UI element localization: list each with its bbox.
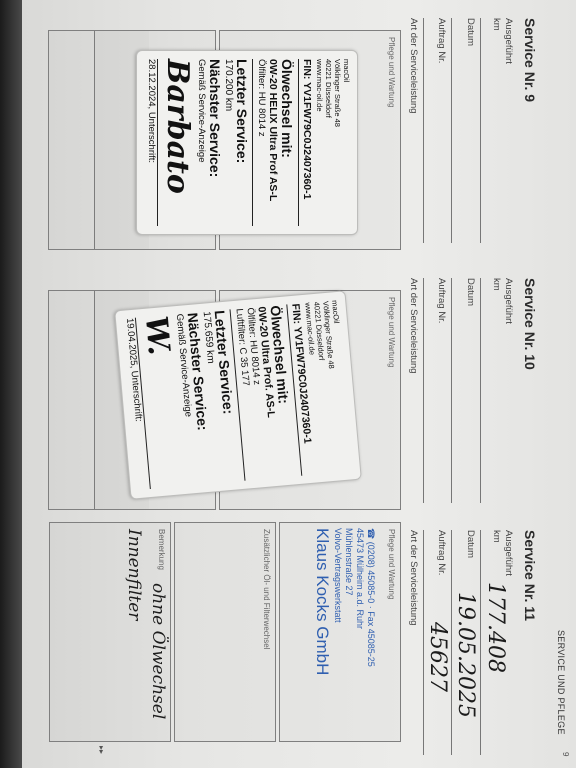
stamp-phone: ☎ (0208) 45085-0 · Fax 45085-25 — [365, 528, 376, 728]
handwritten-km: 177.408 — [483, 582, 508, 673]
stamp-name: Klaus Kocks GmbH — [312, 528, 332, 728]
sticker-city: 40221 Düsseldorf — [324, 59, 333, 226]
extra-box: Zusätzlicher Öl- und Filterwechsel — [174, 522, 276, 742]
remark-box: Bemerkung ohne Ölwechsel Innenfilter — [49, 522, 171, 742]
date-line — [451, 278, 452, 503]
date-line — [451, 18, 452, 243]
label-order-no: Auftrag Nr. — [436, 18, 447, 63]
sticker-last-km: 170.200 km — [223, 59, 234, 226]
sticker-next-heading: Nächster Service: — [207, 59, 223, 226]
sticker-oil: 0W-20 HELIX Ultra Prof AS-L — [267, 59, 279, 226]
km-line — [480, 530, 481, 755]
care-label: Pflege und Wartung — [387, 37, 396, 107]
order-line — [423, 278, 424, 503]
km-line — [480, 18, 481, 243]
stamp-street: Mühlenstraße 27 — [343, 528, 354, 728]
sticker-fin: FIN: YV1FW79C0J2407360-1 — [298, 59, 313, 226]
label-date: Datum — [465, 18, 476, 46]
sticker-last-heading: Letzter Service: — [234, 59, 253, 226]
label-order-no: Auftrag Nr. — [436, 530, 447, 575]
handwritten-date: 19.05.2025 — [453, 592, 478, 718]
stamp-city: 45473 Mülheim a.d. Ruhr — [354, 528, 365, 728]
remark-label: Bemerkung — [157, 529, 166, 570]
label-km: km — [491, 530, 502, 543]
sticker-oil-heading: Ölwechsel mit: — [279, 59, 295, 226]
label-km: km — [491, 18, 502, 31]
handwritten-remark-1: ohne Ölwechsel — [148, 583, 168, 719]
sticker-company: macOil — [342, 59, 351, 226]
sticker-oil-filter: Ölfilter: HU 8014 z — [256, 59, 267, 226]
order-line — [423, 530, 424, 755]
km-line — [480, 278, 481, 503]
label-executed: Ausgeführt — [503, 18, 514, 64]
handwritten-remark-2: Innenfilter — [124, 529, 144, 620]
date-line — [451, 530, 452, 755]
label-executed: Ausgeführt — [503, 530, 514, 576]
label-km: km — [491, 278, 502, 291]
rotated-sheet: SERVICE UND PFLEGE 9 ▸▸ Service Nr. 9 Au… — [22, 0, 576, 768]
label-date: Datum — [465, 530, 476, 558]
service-sticker: macOil Völklinger Straße 48 40221 Düssel… — [136, 50, 358, 235]
service-column-11: Service Nr. 11 Ausgeführt km 177.408 Dat… — [22, 512, 576, 762]
order-line — [423, 18, 424, 243]
care-label: Pflege und Wartung — [387, 529, 396, 599]
remark-box — [48, 30, 149, 250]
label-date: Datum — [465, 278, 476, 306]
sticker-street: Völklinger Straße 48 — [333, 59, 342, 226]
service-sticker: macOil Völklinger Straße 48 40221 Düssel… — [114, 290, 362, 499]
table-surface — [0, 0, 22, 768]
sticker-web: www.mac-oil.de — [315, 59, 324, 226]
care-label: Pflege und Wartung — [387, 297, 396, 367]
service-column-9: Service Nr. 9 Ausgeführt km Datum Auftra… — [22, 0, 576, 250]
label-order-no: Auftrag Nr. — [436, 278, 447, 323]
workshop-stamp: ☎ (0208) 45085-0 · Fax 45085-25 45473 Mü… — [312, 528, 376, 728]
stamp-type: Volvo-Vertragswerkstatt — [332, 528, 343, 728]
label-executed: Ausgeführt — [503, 278, 514, 324]
sticker-date-sign: 28.12.2024, Unterschrift: — [146, 59, 157, 226]
sticker-next: Gemäß Service-Anzeige — [196, 59, 207, 226]
service-title: Service Nr. 11 — [522, 530, 538, 621]
label-service-type: Art der Serviceleistung — [408, 530, 419, 626]
service-title: Service Nr. 10 — [522, 278, 538, 370]
handwritten-order-no: 45627 — [425, 622, 450, 692]
signature: Barbato — [157, 59, 196, 226]
extra-label: Zusätzlicher Öl- und Filterwechsel — [262, 529, 271, 649]
service-title: Service Nr. 9 — [522, 18, 538, 102]
label-service-type: Art der Serviceleistung — [408, 278, 419, 374]
service-column-10: Service Nr. 10 Ausgeführt km Datum Auftr… — [22, 260, 576, 510]
label-service-type: Art der Serviceleistung — [408, 18, 419, 114]
